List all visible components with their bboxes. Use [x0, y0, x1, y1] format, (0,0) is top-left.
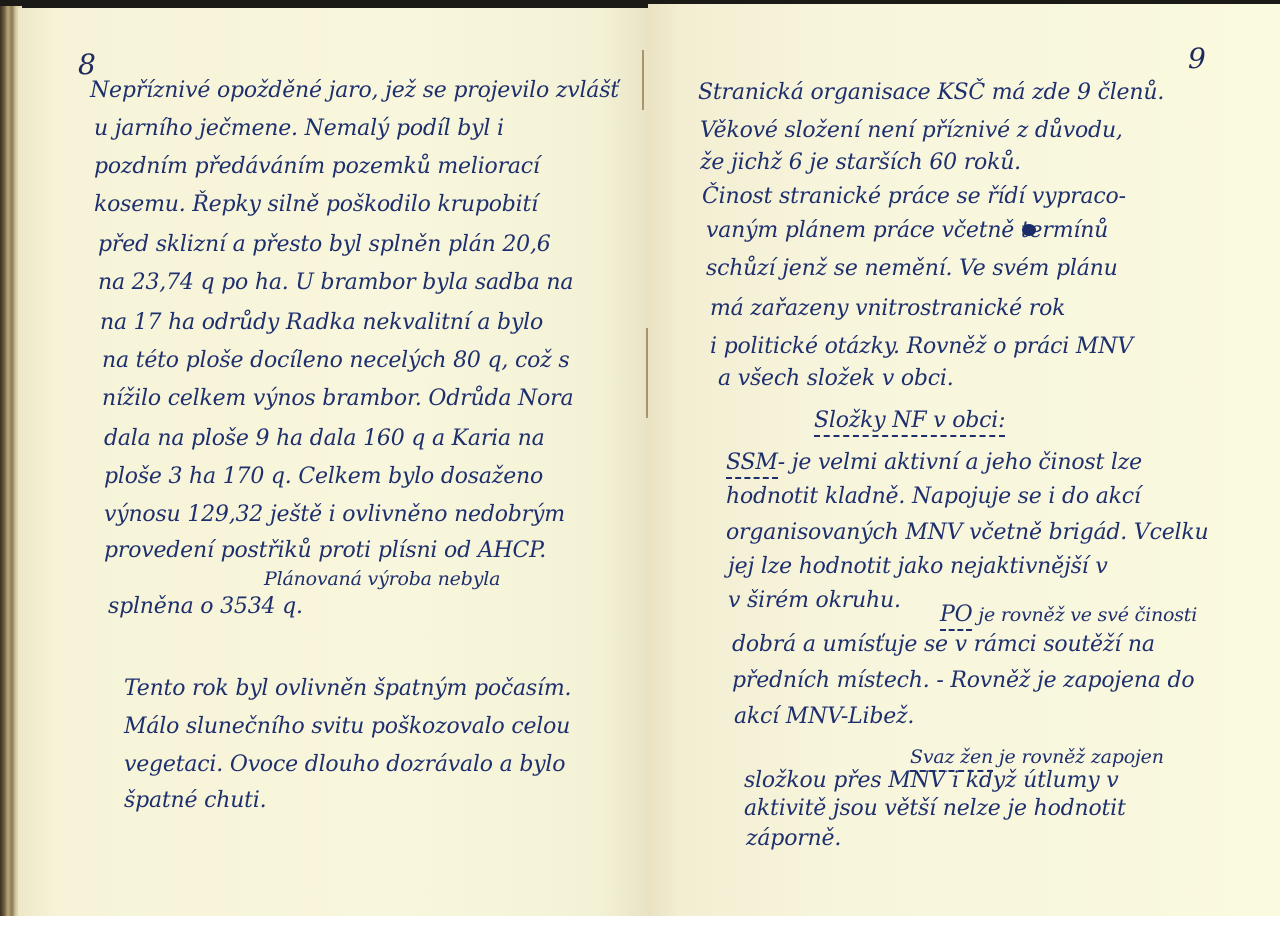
svaz-text: je rovněž zapojen — [993, 746, 1164, 768]
text-line: Věkové složení není příznivé z důvodu, — [700, 118, 1123, 143]
text-line: Nepříznivé opožděné jaro, jež se projevi… — [90, 78, 619, 103]
text-line: Tento rok byl ovlivněn špatným počasím. — [124, 676, 571, 701]
text-line: Činost stranické práce se řídí vypraco- — [702, 184, 1126, 209]
text-line: že jichž 6 je starších 60 roků. — [700, 150, 1021, 175]
notebook-spread: 8 Nepříznivé opožděné jaro, jež se proje… — [0, 0, 1280, 916]
text-line: provedení postřiků proti plísni od AHCP. — [104, 538, 546, 563]
text-line: hodnotit kladně. Napojuje se i do akcí — [726, 484, 1141, 509]
text-line: před sklizní a přesto byl splněn plán 20… — [98, 232, 551, 257]
text-line: jej lze hodnotit jako nejaktivnější v — [728, 554, 1108, 579]
text-line: má zařazeny vnitrostranické rok — [710, 296, 1065, 321]
text-line: u jarního ječmene. Nemalý podíl byl i — [94, 116, 504, 141]
text-line: ploše 3 ha 170 q. Celkem bylo dosaženo — [104, 464, 543, 489]
ink-blot — [1022, 224, 1036, 236]
text-line: Málo slunečního svitu poškozovalo celou — [124, 714, 570, 739]
text-line: předních místech. - Rovněž je zapojena d… — [732, 668, 1194, 693]
svaz-first-line: Svaz žen je rovněž zapojen — [910, 746, 1164, 768]
text-line: aktivitě jsou větší nelze je hodnotit — [744, 796, 1126, 821]
right-page: 9 Stranická organisace KSČ má zde 9 člen… — [648, 4, 1280, 916]
text-line: splněna o 3534 q. — [108, 594, 303, 619]
text-line: vegetaci. Ovoce dlouho dozrávalo a bylo — [124, 752, 565, 777]
text-line: a všech složek v obci. — [718, 366, 954, 391]
page-number-left: 8 — [78, 48, 96, 81]
text-line: schůzí jenž se nemění. Ve svém plánu — [706, 256, 1118, 281]
text-line: záporně. — [746, 826, 841, 851]
text-line: dobrá a umísťuje se v rámci soutěží na — [732, 632, 1155, 657]
heading-text: Složky NF v obci: — [814, 408, 1005, 437]
ssm-text: - je velmi aktivní a jeho činost lze — [778, 450, 1142, 475]
po-text: je rovněž ve své činosti — [972, 604, 1197, 626]
text-line: organisovaných MNV včetně brigád. Vcelku — [726, 520, 1208, 545]
text-line: akcí MNV-Libež. — [734, 704, 914, 729]
text-line-indented: Plánovaná výroba nebyla — [264, 568, 500, 590]
text-line: na této ploše docíleno necelých 80 q, co… — [102, 348, 569, 373]
section-heading: Složky NF v obci: — [814, 408, 1005, 433]
po-first-line: PO je rovněž ve své činosti — [940, 602, 1197, 627]
spine-stitch — [642, 50, 644, 110]
text-line: nížilo celkem výnos brambor. Odrůda Nora — [102, 386, 573, 411]
left-page: 8 Nepříznivé opožděné jaro, jež se proje… — [18, 8, 648, 916]
text-line: složkou přes MNV i když útlumy v — [744, 768, 1118, 793]
text-line: výnosu 129,32 ještě i ovlivněno nedobrým — [104, 502, 565, 527]
ssm-label: SSM — [726, 450, 778, 479]
text-line: vaným plánem práce včetně termínů — [706, 218, 1108, 243]
text-line: špatné chuti. — [124, 788, 266, 813]
po-label: PO — [940, 602, 972, 631]
text-line: v širém okruhu. — [728, 588, 901, 613]
text-line: i politické otázky. Rovněž o práci MNV — [710, 334, 1133, 359]
text-line: kosemu. Řepky silně poškodilo krupobití — [94, 192, 538, 217]
bottom-margin — [0, 916, 1280, 927]
ssm-first-line: SSM- je velmi aktivní a jeho činost lze — [726, 450, 1142, 475]
text-line: na 17 ha odrůdy Radka nekvalitní a bylo — [100, 310, 543, 335]
text-line: pozdním předáváním pozemků meliorací — [94, 154, 540, 179]
text-line: na 23,74 q po ha. U brambor byla sadba n… — [98, 270, 573, 295]
page-number-right: 9 — [1188, 42, 1206, 75]
text-line: dala na ploše 9 ha dala 160 q a Karia na — [104, 426, 545, 451]
text-line: Stranická organisace KSČ má zde 9 členů. — [698, 80, 1164, 105]
